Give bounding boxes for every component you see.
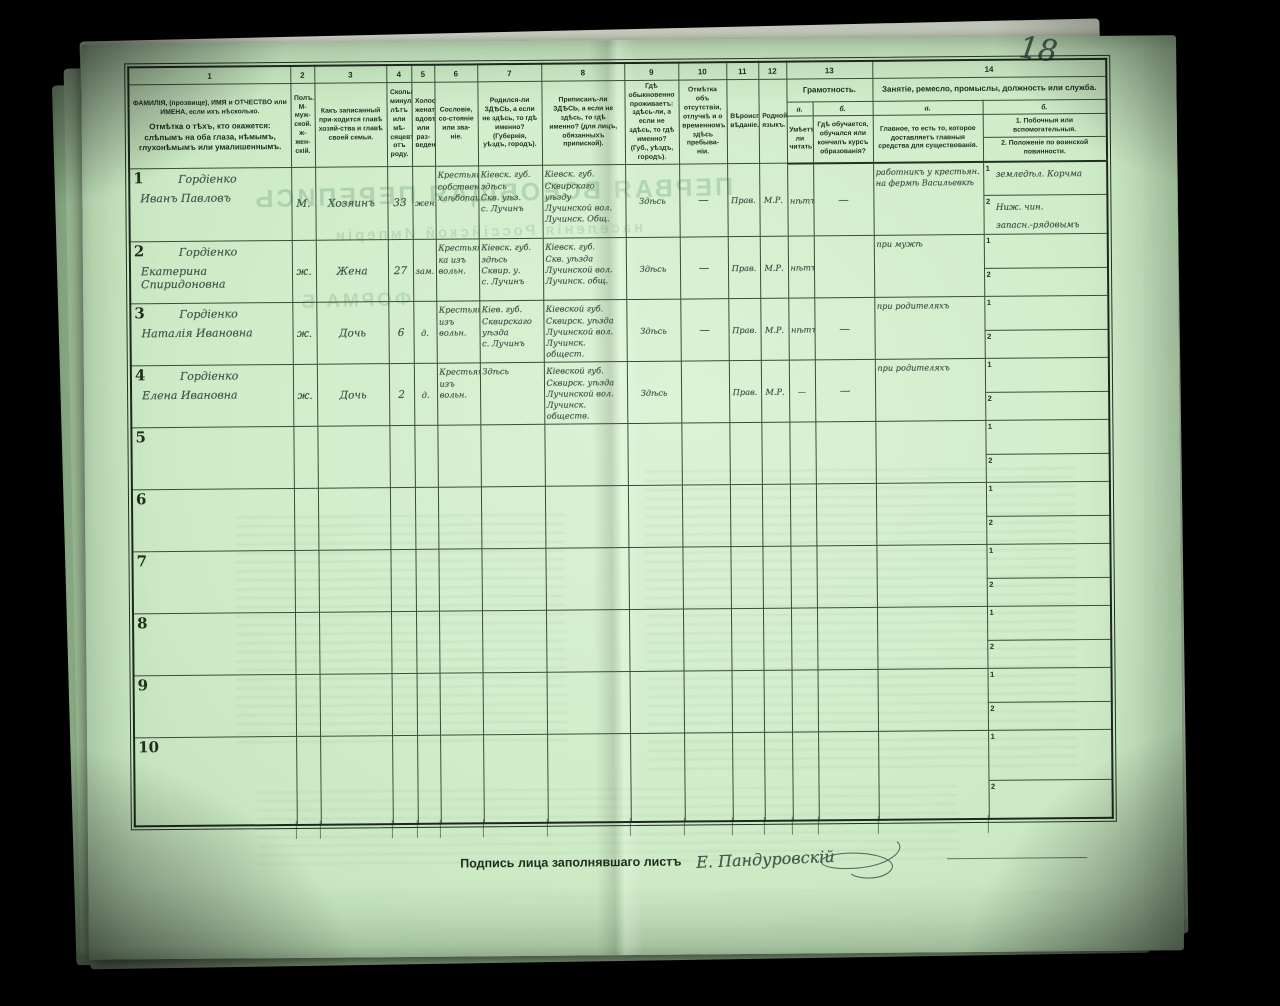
cell-birthplace <box>480 425 545 488</box>
subcell-label-1: 1 <box>988 484 992 493</box>
cell-literacy-read <box>792 670 819 732</box>
cell-relation <box>320 736 393 825</box>
cell-name: 7 <box>132 551 295 614</box>
cell-absence <box>684 733 733 821</box>
cell-birthplace <box>482 611 547 674</box>
cell-religion <box>730 485 763 547</box>
colnum-3: 3 <box>314 65 386 83</box>
cell-occupation-side-1: 1 <box>986 544 1110 579</box>
cell-name: 5 <box>131 427 294 490</box>
cell-registration: Кіевск. губ. Сквирскаго уѣзду Лучинской … <box>542 165 626 239</box>
colnum-4: 4 <box>386 65 411 83</box>
cell-sex <box>293 427 318 489</box>
subcell-label-1: 1 <box>987 360 991 369</box>
cell-literacy-read: — <box>789 360 816 422</box>
cell-language <box>761 423 790 485</box>
cell-name: 10 <box>134 737 297 826</box>
cell-absence: — <box>680 237 729 299</box>
subcell-label-1: 1 <box>990 670 994 679</box>
cell-age: 2 <box>389 364 415 426</box>
header-col-1: ФАМИЛІЯ, (прозвище), ИМЯ и ОТЧЕСТВО или … <box>128 83 291 169</box>
subcell-label-1: 1 <box>986 236 990 245</box>
cell-residence: Здѣсь <box>626 300 681 362</box>
cell-estate: Крестьян. собственн. хлѣбопаш. <box>435 166 479 239</box>
givenname-handwriting <box>145 745 291 746</box>
givenname-handwriting <box>144 559 290 560</box>
cell-occupation-main: при мужѣ <box>874 235 985 298</box>
surname-handwriting: Гордіенко <box>178 172 287 186</box>
cell-estate <box>438 487 482 549</box>
subcell-label-2: 2 <box>990 642 994 651</box>
cell-absence: — <box>679 164 728 237</box>
surname-handwriting <box>183 679 291 680</box>
cell-estate: Крестьян- ка изъ вольн. <box>436 239 480 301</box>
cell-literacy-where: — <box>814 298 875 361</box>
cell-occupation-main: работникъ у крестьян. на фермѣ Васильевк… <box>873 162 984 236</box>
cell-estate <box>440 735 484 823</box>
cell-religion <box>730 547 763 609</box>
colnum-9: 9 <box>624 63 678 81</box>
cell-estate: Крестьянск. изъ вольн. <box>436 301 480 363</box>
cell-relation: Дочь <box>316 302 389 365</box>
surname-handwriting: Гордіенко <box>180 369 289 383</box>
cell-absence <box>682 485 731 547</box>
header-col-2: Полъ. М-муж-ской. ж-жен-скій. <box>290 83 315 168</box>
cell-occupation-side-2: 2 <box>986 516 1110 545</box>
cell-age: 6 <box>388 302 414 364</box>
cell-absence <box>684 671 733 733</box>
header-col-8: Приписанъ-ли ЗДѢСЬ, а если не здѣсь, то … <box>541 81 625 166</box>
row-number: 2 <box>134 243 145 261</box>
header-col-1-note: Отмѣтка о тѣхъ, кто окажется: слѣпымъ на… <box>133 121 288 154</box>
cell-occupation-main <box>878 731 989 820</box>
table-row: 1 Гордіенко Иванъ Павловъ М. Хозяинъ 33 … <box>129 161 1107 204</box>
cell-literacy-read <box>790 546 817 608</box>
row-number: 5 <box>135 429 146 447</box>
cell-residence <box>630 734 685 822</box>
cell-absence <box>683 609 732 671</box>
side-occupation-handwriting: земледѣл. Корчма <box>996 169 1082 180</box>
cell-birthplace: Кіевск. губ. здѣсь Сквир. у. с. Лучинъ <box>479 239 544 302</box>
cell-relation: Дочь <box>317 364 390 427</box>
cell-absence <box>681 361 730 423</box>
cell-religion <box>731 609 764 671</box>
cell-estate: Крестьянск. изъ вольн. <box>437 363 481 425</box>
cell-occupation-main <box>875 421 986 484</box>
header-14b-letter: б. <box>983 99 1107 114</box>
photo-stage: ПЕРВАЯ ВСЕОБЩАЯ ПЕРЕПИСЬ населенія Россі… <box>0 0 1280 1006</box>
cell-estate <box>440 673 484 735</box>
cell-religion <box>732 733 765 821</box>
cell-registration <box>545 486 629 549</box>
cell-literacy-where <box>818 732 879 821</box>
cell-residence: Здѣсь <box>626 238 681 300</box>
colnum-13: 13 <box>786 61 872 79</box>
cell-name: 1 Гордіенко Иванъ Павловъ <box>129 168 292 242</box>
cell-occupation-side-1: 1 <box>984 234 1108 269</box>
header-13b-letter: б. <box>813 101 873 116</box>
cell-estate <box>437 425 481 487</box>
cell-occupation-side-1: 1 <box>987 606 1111 641</box>
cell-age <box>392 674 418 736</box>
subcell-label-1: 1 <box>987 298 991 307</box>
header-col-14b-2: 2. Положеніе по воинской повинности. <box>983 136 1106 160</box>
colnum-11: 11 <box>726 62 758 80</box>
cell-age <box>389 426 415 488</box>
row-number: 6 <box>136 491 147 509</box>
surname-handwriting <box>182 617 290 618</box>
header-col-14b: 1. Побочныя или вспомогательныя. 2. Поло… <box>983 113 1107 162</box>
cell-occupation-side-2: 2 Ниж. чин. запасн.-рядовымъ <box>983 195 1107 235</box>
subcell-label-2: 2 <box>987 270 991 279</box>
cell-age: 33 <box>387 167 413 240</box>
cell-literacy-read <box>790 484 817 546</box>
row-number: 9 <box>138 677 149 695</box>
cell-age <box>392 736 418 824</box>
cell-sex <box>295 613 320 675</box>
cell-occupation-side-2: 2 <box>987 640 1111 669</box>
subcell-label-2: 2 <box>987 332 991 341</box>
subcell-label-1: 1 <box>986 164 990 173</box>
cell-name: 4 Гордіенко Елена Ивановна <box>131 365 294 428</box>
cell-sex <box>296 675 321 737</box>
cell-name: 6 <box>132 489 295 552</box>
row-number: 7 <box>136 553 147 571</box>
cell-literacy-where <box>816 546 877 609</box>
colnum-8: 8 <box>541 63 624 81</box>
cell-language <box>762 547 791 609</box>
cell-occupation-side-1: 1 <box>984 296 1108 331</box>
header-col-1-title: ФАМИЛІЯ, (прозвище), ИМЯ и ОТЧЕСТВО или … <box>133 99 288 118</box>
cell-occupation-side-2: 2 <box>988 780 1112 819</box>
cell-literacy-read: нѣтъ <box>788 236 815 298</box>
cell-religion: Прав. <box>729 361 762 423</box>
table-row: 6 1 <box>132 482 1110 525</box>
cell-language <box>764 733 793 821</box>
military-status-handwriting: Ниж. чин. запасн.-рядовымъ <box>996 203 1079 231</box>
cell-literacy-where: — <box>815 360 876 423</box>
cell-relation: Хозяинъ <box>315 167 388 241</box>
cell-literacy-where <box>816 484 877 547</box>
cell-literacy-where <box>814 236 875 299</box>
subcell-label-1: 1 <box>989 608 993 617</box>
cell-registration <box>546 610 630 673</box>
cell-occupation-side-2: 2 <box>988 702 1112 731</box>
cell-age <box>391 612 417 674</box>
cell-language: М.Р. <box>760 237 789 299</box>
cell-sex <box>294 551 319 613</box>
cell-marital <box>417 674 441 736</box>
table-row: 3 Гордіенко Наталія Ивановна ж. Дочь 6 д… <box>130 296 1108 339</box>
cell-marital: зам. <box>413 240 437 302</box>
cell-sex: ж. <box>292 303 317 365</box>
subcell-label-2: 2 <box>991 782 995 791</box>
subcell-label-2: 2 <box>990 704 994 713</box>
census-page: ПЕРВАЯ ВСЕОБЩАЯ ПЕРЕПИСЬ населенія Россі… <box>81 35 1184 960</box>
surname-handwriting: Гордіенко <box>179 307 288 321</box>
surname-handwriting: Гордіенко <box>179 245 288 259</box>
cell-occupation-main <box>876 483 987 546</box>
cell-age: 27 <box>388 240 414 302</box>
cell-language: М.Р. <box>760 299 789 361</box>
cell-language <box>763 609 792 671</box>
table-row: 2 Гордіенко Екатерина Спиридоновна ж. Же… <box>130 234 1108 277</box>
surname-handwriting <box>180 431 288 432</box>
cell-name: 2 Гордіенко Екатерина Спиридоновна <box>130 241 293 304</box>
cell-estate <box>438 549 482 611</box>
cell-absence <box>681 423 730 485</box>
givenname-handwriting: Елена Ивановна <box>142 388 289 402</box>
cell-birthplace: Здѣсь <box>480 363 545 426</box>
header-col-6: Сословіе, со-стояніе или зва-ніе. <box>434 82 478 167</box>
cell-marital <box>414 426 438 488</box>
cell-literacy-read <box>792 732 819 820</box>
cell-estate <box>439 611 483 673</box>
table-row: 8 1 <box>133 606 1111 649</box>
census-table: 1 2 3 4 5 6 7 8 9 10 11 12 13 14 <box>127 58 1114 827</box>
row-number: 10 <box>138 739 159 757</box>
header-col-11: Вѣроиспо-вѣданіе. <box>726 79 759 164</box>
colnum-2: 2 <box>290 66 314 84</box>
subcell-label-2: 2 <box>988 456 992 465</box>
cell-language: М.Р. <box>761 361 790 423</box>
header-col-12: Родной языкъ. <box>758 79 787 164</box>
cell-occupation-main <box>877 607 988 670</box>
cell-registration <box>545 548 629 611</box>
cell-occupation-side-1: 1 <box>985 358 1109 393</box>
cell-literacy-read: нѣтъ <box>788 298 815 360</box>
header-col-7: Родился-ли ЗДѢСЬ, а если не здѣсь, то гд… <box>477 81 542 166</box>
cell-language <box>762 485 791 547</box>
cell-religion <box>732 671 765 733</box>
cell-absence <box>682 547 731 609</box>
cell-marital <box>416 612 440 674</box>
cell-literacy-read: нѣтъ <box>787 163 814 236</box>
givenname-handwriting <box>145 683 291 684</box>
cell-occupation-side-2: 2 <box>985 330 1109 359</box>
cell-registration: Кіевской губ. Сквирск. уѣзда Лучинской в… <box>544 362 628 425</box>
cell-literacy-where <box>815 422 876 485</box>
cell-absence: — <box>680 299 729 361</box>
cell-occupation-side-1: 1 <box>985 420 1109 455</box>
signature-block: Подпись лица заполнявшаго листъ Е. Панду… <box>460 834 1087 885</box>
cell-residence <box>627 424 682 486</box>
colnum-10: 10 <box>678 62 726 80</box>
colnum-7: 7 <box>477 64 541 82</box>
header-col-14a: Главное, то есть то, которое доставляетъ… <box>873 114 983 162</box>
cell-residence: Здѣсь <box>627 362 682 424</box>
cell-marital <box>415 488 439 550</box>
cell-birthplace: Кіевск. губ. здѣсь Скв. уѣз. с. Лучинъ <box>478 166 543 240</box>
cell-residence <box>628 548 683 610</box>
subcell-label-2: 2 <box>989 580 993 589</box>
cell-literacy-where <box>817 608 878 671</box>
cell-literacy-read <box>789 422 816 484</box>
cell-occupation-side-2: 2 <box>985 392 1109 421</box>
table-row: 7 1 <box>132 544 1110 587</box>
cell-language <box>764 671 793 733</box>
givenname-handwriting: Наталія Ивановна <box>141 326 288 340</box>
table-row: 10 1 <box>134 730 1112 789</box>
cell-relation <box>318 550 391 613</box>
cell-relation <box>318 488 391 551</box>
cell-name: 3 Гордіенко Наталія Ивановна <box>130 303 293 366</box>
cell-registration <box>547 672 631 735</box>
header-col-5: Холостъ, женатъ, вдовъ или раз-веденъ. <box>411 82 435 167</box>
cell-residence: Здѣсь <box>625 165 680 238</box>
header-col-4: Сколько минуло лѣтъ или мѣ-сяцевъ отъ ро… <box>386 82 412 167</box>
cell-occupation-side-1: 1 земледѣл. Корчма <box>983 161 1107 196</box>
givenname-handwriting <box>144 621 290 622</box>
header-col-10: Отмѣтка объ отсутствіи, отлучкѣ и о врем… <box>678 80 727 165</box>
cell-sex: ж. <box>293 365 318 427</box>
cell-marital: жен. <box>412 167 436 240</box>
cell-marital <box>415 550 439 612</box>
header-13a-letter: а. <box>787 102 813 116</box>
cell-birthplace <box>483 673 548 736</box>
colnum-5: 5 <box>411 65 434 83</box>
cell-occupation-side-1: 1 <box>986 482 1110 517</box>
cell-religion: Прав. <box>728 299 761 361</box>
givenname-handwriting <box>143 497 289 498</box>
colnum-1: 1 <box>128 66 290 85</box>
signature-line <box>947 857 1087 859</box>
header-col-13b: Гдѣ обучается, обучался или кончилъ курс… <box>813 115 873 163</box>
subcell-label-1: 1 <box>991 732 995 741</box>
cell-sex: ж. <box>292 241 317 303</box>
header-14a-letter: а. <box>873 100 983 115</box>
colnum-12: 12 <box>758 62 786 80</box>
cell-birthplace <box>481 549 546 612</box>
surname-handwriting <box>181 555 289 556</box>
cell-residence <box>630 672 685 734</box>
cell-age <box>390 488 416 550</box>
table-row: 4 Гордіенко Елена Ивановна ж. Дочь 2 д. … <box>131 358 1109 401</box>
cell-birthplace <box>483 735 548 824</box>
givenname-handwriting <box>142 435 288 436</box>
header-col-14b-1: 1. Побочныя или вспомогательныя. <box>983 115 1106 138</box>
header-group-14: Занятіе, ремесло, промыслы, должность ил… <box>872 76 1106 101</box>
surname-handwriting <box>183 741 291 742</box>
cell-relation <box>317 426 390 489</box>
header-col-3: Какъ записанный при-ходится главѣ хозяй-… <box>314 83 387 168</box>
row-number: 4 <box>135 367 146 385</box>
cell-registration <box>547 734 631 823</box>
subcell-label-2: 2 <box>988 394 992 403</box>
colnum-6: 6 <box>434 64 477 82</box>
header-group-13: Грамотность. <box>786 78 872 102</box>
cell-occupation-side-1: 1 <box>988 668 1112 703</box>
cell-religion <box>729 423 762 485</box>
cell-literacy-where: — <box>813 163 874 237</box>
signature-label: Подпись лица заполнявшаго листъ <box>460 855 681 871</box>
subcell-label-1: 1 <box>988 422 992 431</box>
cell-occupation-main: при родителяхъ <box>875 359 986 422</box>
header-col-13a: Умѣетъ-ли читать? <box>787 116 813 164</box>
cell-literacy-read <box>791 608 818 670</box>
givenname-handwriting: Иванъ Павловъ <box>140 191 287 205</box>
givenname-handwriting: Екатерина Спиридоновна <box>141 264 288 291</box>
cell-marital: д. <box>414 364 438 426</box>
cell-language: М.Р. <box>759 164 788 237</box>
cell-residence <box>629 610 684 672</box>
cell-occupation-side-2: 2 <box>987 578 1111 607</box>
cell-marital: д. <box>413 302 437 364</box>
cell-occupation-main <box>878 669 989 732</box>
cell-name: 9 <box>134 675 297 738</box>
cell-occupation-side-2: 2 <box>984 268 1108 297</box>
cell-registration: Кіевск. губ. Скв. уѣзда Лучинской вол. Л… <box>543 238 627 301</box>
cell-registration: Кіевской губ. Сквирск. уѣзда Лучинской в… <box>543 300 627 363</box>
cell-registration <box>544 424 628 487</box>
table-row: 5 1 <box>131 420 1109 463</box>
colnum-14: 14 <box>872 59 1106 79</box>
cell-sex: М. <box>291 168 316 241</box>
row-number: 3 <box>134 305 145 323</box>
cell-birthplace <box>481 487 546 550</box>
cell-relation <box>319 612 392 675</box>
cell-religion: Прав. <box>727 164 760 237</box>
cell-occupation-main: при родителяхъ <box>874 297 985 360</box>
subcell-label-1: 1 <box>989 546 993 555</box>
cell-sex <box>296 737 321 825</box>
surname-handwriting <box>181 493 289 494</box>
subcell-label-2: 2 <box>989 518 993 527</box>
cell-birthplace: Кіев. губ. Сквирскаго уѣзда с. Лучинъ <box>479 301 544 364</box>
cell-name: 8 <box>133 613 296 676</box>
row-number: 8 <box>137 615 148 633</box>
cell-religion: Прав. <box>728 237 761 299</box>
header-col-9: Гдѣ обыкновенно проживаетъ: здѣсь-ли, а … <box>624 80 679 165</box>
cell-sex <box>294 489 319 551</box>
cell-literacy-where <box>818 670 879 733</box>
cell-residence <box>628 486 683 548</box>
cell-relation: Жена <box>316 240 389 303</box>
cell-relation <box>320 674 393 737</box>
cell-age <box>390 550 416 612</box>
cell-occupation-main <box>876 545 987 608</box>
subcell-label-2: 2 <box>986 197 990 206</box>
row-number: 1 <box>133 170 144 188</box>
cell-occupation-side-2: 2 <box>986 454 1110 483</box>
table-row: 9 1 <box>134 668 1112 711</box>
cell-occupation-side-1: 1 <box>988 730 1112 781</box>
cell-marital <box>417 736 441 824</box>
